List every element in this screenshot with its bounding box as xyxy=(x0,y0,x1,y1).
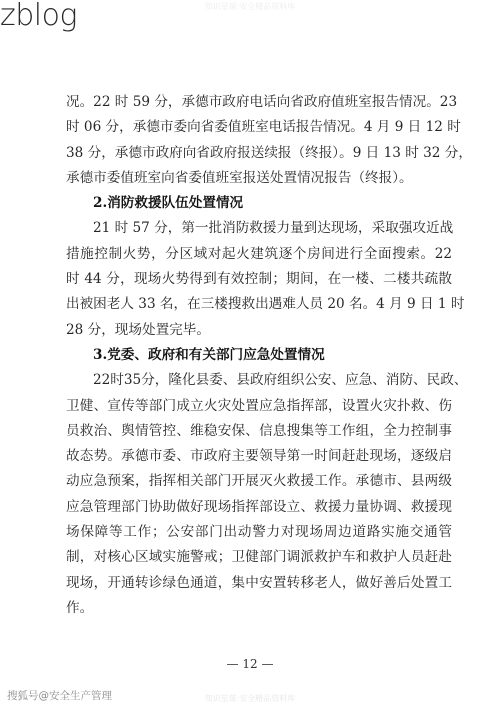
watermark-bottom: 知识星球·安全精品资料库 xyxy=(200,693,300,704)
text-line: 动应急预案，指挥相关部门开展灭火救援工作。承德市、县两级 xyxy=(66,469,452,494)
text-line: 故态势。承德市委、市政府主要领导第一时间赶赴现场，逐级启 xyxy=(66,444,452,469)
text-line: 作。 xyxy=(66,596,452,621)
text-line: 21 时 57 分，第一批消防救援力量到达现场，采取强攻近战 xyxy=(66,216,452,241)
text-line: 场保障等工作；公安部门出动警力对现场周边道路实施交通管 xyxy=(66,520,452,545)
text-line: 措施控制火势，分区域对起火建筑逐个房间进行全面搜索。22 xyxy=(66,242,452,267)
text-line: 员救治、舆情管控、维稳安保、信息搜集等工作组，全力控制事 xyxy=(66,419,452,444)
text-line: 28 分，现场处置完毕。 xyxy=(66,318,452,343)
page-number: — 12 — xyxy=(0,657,500,671)
text-line: 38 分，承德市政府向省政府报送续报（终报）。9 日 13 时 32 分， xyxy=(66,141,452,166)
text-line: 卫健、宣传等部门成立火灾处置应急指挥部，设置火灾扑救、伤 xyxy=(66,394,452,419)
text-line: 现场，开通转诊绿色通道，集中安置转移老人，做好善后处置工 xyxy=(66,571,452,596)
text-line: 况。22 时 59 分，承德市政府电话向省政府值班室报告情况。23 xyxy=(66,90,452,115)
section-heading: 2.消防救援队伍处置情况 xyxy=(66,191,452,216)
text-line: 时 06 分，承德市委向省委值班室电话报告情况。4 月 9 日 12 时 xyxy=(66,115,452,140)
text-line: 制，对核心区域实施警戒；卫健部门调派救护车和救护人员赶赴 xyxy=(66,545,452,570)
source-credit: 搜狐号@安全生产管理 xyxy=(7,688,112,703)
text-line: 承德市委值班室向省委值班室报送处置情况报告（终报）。 xyxy=(66,166,452,191)
section-heading: 3.党委、政府和有关部门应急处置情况 xyxy=(66,343,452,368)
text-line: 时 44 分，现场火势得到有效控制；期间，在一楼、二楼共疏散 xyxy=(66,267,452,292)
document-body: 况。22 时 59 分，承德市政府电话向省政府值班室报告情况。23 时 06 分… xyxy=(66,90,452,621)
text-line: 应急管理部门协助做好现场指挥部设立、救援力量协调、救援现 xyxy=(66,495,452,520)
site-logo[interactable]: zblog xyxy=(0,0,77,33)
watermark-top: 知识星球·安全精品资料库 xyxy=(200,1,300,12)
text-line: 22时35分，隆化县委、县政府组织公安、应急、消防、民政、 xyxy=(66,368,452,393)
text-line: 出被困老人 33 名，在三楼搜救出遇难人员 20 名。4 月 9 日 1 时 xyxy=(66,292,452,317)
